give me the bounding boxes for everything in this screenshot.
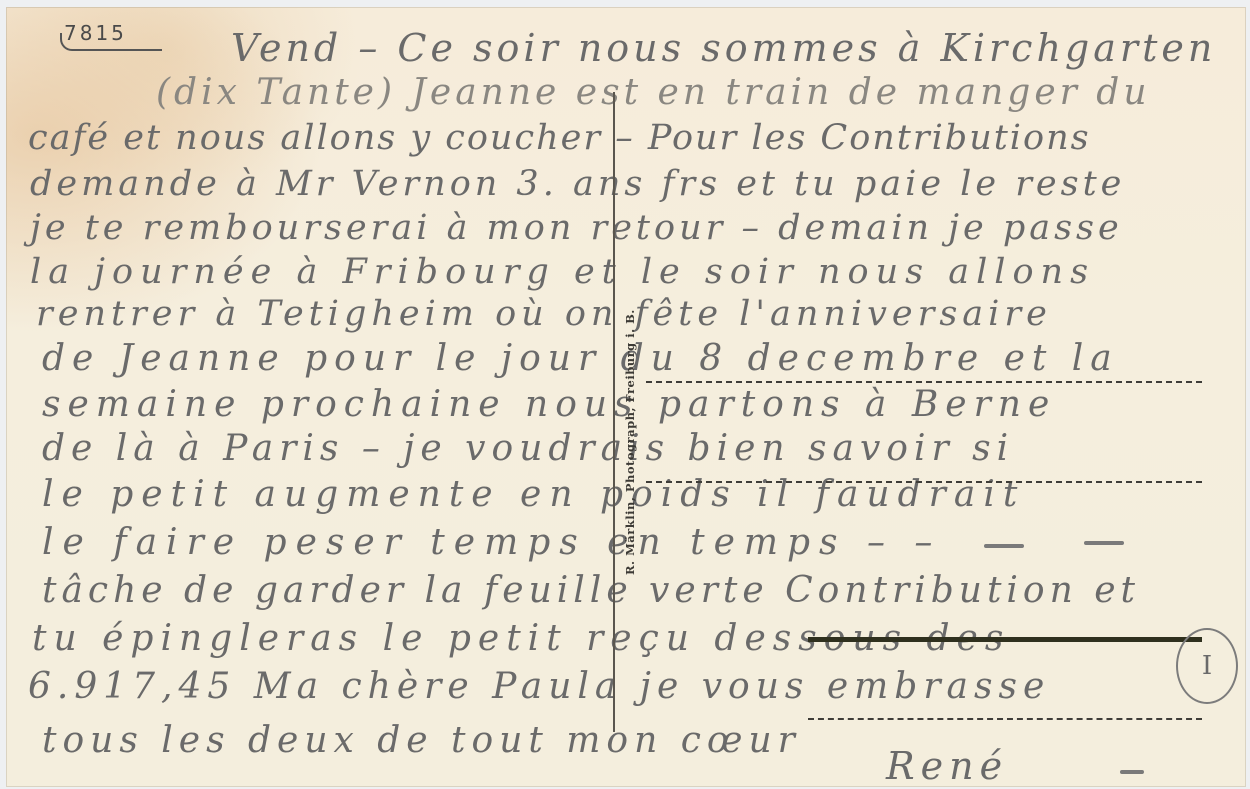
message-line-16: tous les deux de tout mon cœur <box>42 723 801 759</box>
signature: René <box>886 747 1008 785</box>
message-line-1: Vend – Ce soir nous sommes à Kirchgarten <box>231 29 1216 67</box>
postcard-scan: 7815 Vend – Ce soir nous sommes à Kirchg… <box>0 0 1250 789</box>
reference-number: 7815 <box>64 21 127 45</box>
publisher-imprint: R. Märklin, Photograph, Freiburg i. B. <box>623 309 637 575</box>
message-line-10: de là à Paris – je voudrais bien savoir … <box>42 431 1014 467</box>
address-line-4 <box>808 718 1202 720</box>
message-line-8: de Jeanne pour le jour du 8 decembre et … <box>42 341 1119 377</box>
postcard-back: 7815 Vend – Ce soir nous sommes à Kirchg… <box>6 7 1246 787</box>
message-line-9: semaine prochaine nous partons à Berne <box>42 387 1056 423</box>
dash-mark <box>1120 770 1144 774</box>
message-line-7: rentrer à Tetigheim où on fête l'anniver… <box>36 297 1052 332</box>
message-line-12: le faire peser temps en temps – – <box>42 525 941 561</box>
dash-mark <box>984 544 1024 548</box>
message-line-4: demande à Mr Vernon 3. ans frs et tu pai… <box>30 167 1125 202</box>
address-line-1 <box>646 381 1202 383</box>
message-line-2: (dix Tante) Jeanne est en train de mange… <box>156 75 1151 111</box>
address-line-2 <box>646 481 1202 483</box>
message-line-6: la journée à Fribourg et le soir nous al… <box>30 255 1095 290</box>
center-divider-line <box>613 92 615 732</box>
dash-mark <box>1084 541 1124 545</box>
message-line-13: tâche de garder la feuille verte Contrib… <box>42 573 1140 609</box>
circled-roman-one-mark: I <box>1176 628 1238 704</box>
message-line-3: café et nous allons y coucher – Pour les… <box>28 121 1091 156</box>
message-line-5: je te rembourserai à mon retour – demain… <box>30 211 1123 246</box>
address-line-3-solid <box>808 637 1202 642</box>
message-line-15: 6.917,45 Ma chère Paula je vous embrasse <box>28 669 1050 705</box>
